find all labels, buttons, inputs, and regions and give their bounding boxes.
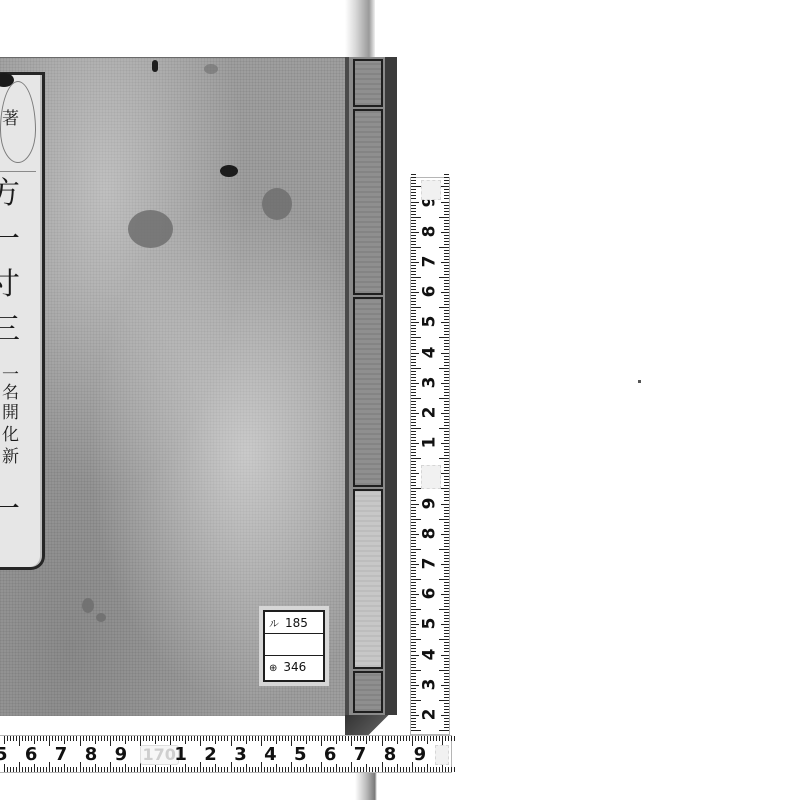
ruler-tick: [89, 767, 90, 772]
ruler-tick: [439, 398, 449, 399]
ruler-tick: [411, 205, 416, 206]
catalog-prefix: ル: [269, 619, 279, 630]
ruler-number: 8: [421, 527, 438, 539]
ruler-tick: [444, 229, 449, 230]
ruler-tick: [411, 573, 416, 574]
book-spine: [345, 57, 397, 715]
dust-speck: [638, 380, 641, 383]
ruler-number: 5: [421, 316, 438, 328]
ruler-tick: [273, 736, 274, 741]
ruler-tick: [430, 767, 431, 772]
ruler-tick: [324, 767, 325, 772]
ruler-tick: [101, 767, 102, 772]
ruler-tick: [430, 736, 431, 741]
ruler-tick: [411, 464, 416, 465]
ruler-tick: [409, 767, 410, 772]
ruler-tick: [444, 343, 449, 344]
ruler-tick: [444, 220, 449, 221]
ruler-tick: [444, 633, 449, 634]
paper-strip-top: [345, 0, 375, 62]
ruler-tick: [291, 762, 292, 772]
ruler-tick: [411, 691, 416, 692]
ruler-tick: [411, 522, 416, 523]
ruler-faint-label: 170: [140, 745, 179, 765]
ruler-tick: [444, 561, 449, 562]
ruler-tick: [131, 767, 132, 772]
ruler-number: 1: [421, 437, 438, 449]
ruler-tick: [411, 615, 416, 616]
ruler-tick: [444, 223, 449, 224]
ruler-tick: [411, 507, 416, 508]
ruler-tick: [61, 767, 62, 772]
ruler-tick: [411, 543, 416, 544]
ruler-tick: [203, 767, 204, 772]
ruler-tick: [342, 767, 343, 772]
ruler-tick: [411, 709, 416, 710]
ruler-tick: [185, 736, 186, 744]
ruler-tick: [411, 727, 416, 728]
ruler-tick: [444, 531, 449, 532]
ruler-tick: [95, 764, 96, 772]
ruler-tick: [441, 473, 449, 474]
ruler-tick: [411, 274, 416, 275]
ruler-tick: [58, 736, 59, 741]
ruler-tick: [40, 736, 41, 741]
ruler-tick: [411, 697, 416, 698]
ruler-tick: [297, 736, 298, 741]
ruler-tick: [234, 767, 235, 772]
ruler-tick: [107, 767, 108, 772]
ruler-tick: [231, 736, 232, 746]
ruler-tick: [444, 694, 449, 695]
ruler-number: 2: [204, 746, 217, 764]
ruler-tick: [444, 425, 449, 426]
ruler-tick: [411, 202, 419, 203]
ruler-tick: [411, 253, 416, 254]
ruler-tick: [411, 513, 416, 514]
ruler-tick: [411, 422, 416, 423]
ruler-tick: [444, 325, 449, 326]
ruler-tick: [444, 627, 449, 628]
ruler-tick: [444, 244, 449, 245]
ruler-tick: [441, 624, 449, 625]
ruler-tick: [411, 192, 416, 193]
ruler-tick: [444, 555, 449, 556]
ruler-tick: [411, 561, 416, 562]
ruler-tick: [444, 573, 449, 574]
ruler-tick: [411, 579, 421, 580]
ruler-tick: [411, 241, 416, 242]
ruler-tick: [155, 736, 156, 744]
title-slip: 著 方 一 寸 三 一 名 開 化 新 一: [0, 72, 45, 570]
ruler-tick: [164, 767, 165, 772]
ruler-tick: [451, 767, 452, 772]
ruler-tick: [285, 736, 286, 741]
ruler-tick: [34, 736, 35, 744]
ruler-tick: [173, 736, 174, 741]
ruler-tick: [444, 464, 449, 465]
ruler-tick: [444, 226, 449, 227]
ruler-tick: [445, 767, 446, 772]
ruler-tick: [441, 383, 449, 384]
ruler-tick: [411, 304, 416, 305]
ruler-tick: [372, 736, 373, 741]
ruler-tick: [411, 706, 416, 707]
ruler-number: 5: [421, 618, 438, 630]
ruler-tick: [441, 564, 449, 565]
ruler-tick: [67, 767, 68, 772]
ruler-tick: [444, 331, 449, 332]
ruler-tick: [206, 767, 207, 772]
ruler-tick: [444, 591, 449, 592]
ruler-tick: [444, 525, 449, 526]
ruler-tick: [411, 310, 416, 311]
title-char: 一: [0, 225, 20, 255]
ruler-tick: [185, 764, 186, 772]
ruler-tick: [441, 534, 449, 535]
ruler-tick: [411, 624, 419, 625]
ruler-tick: [411, 516, 416, 517]
ruler-tick: [188, 767, 189, 772]
ruler-tick: [444, 585, 449, 586]
ruler-tick: [83, 736, 84, 741]
ruler-tick: [297, 767, 298, 772]
ruler-tick: [454, 767, 455, 772]
ruler-tick: [444, 419, 449, 420]
ruler-tick: [294, 767, 295, 772]
ruler-tick: [46, 736, 47, 741]
ruler-tick: [372, 767, 373, 772]
ruler-tick: [411, 473, 419, 474]
ruler-tick: [411, 232, 419, 233]
ruler-tick: [444, 651, 449, 652]
ruler-tick: [411, 386, 416, 387]
ruler-tick: [411, 555, 416, 556]
ruler-tick: [158, 736, 159, 741]
ruler-tick: [92, 767, 93, 772]
ruler-tick: [439, 767, 440, 772]
ruler-tick: [110, 736, 111, 746]
binding-segment: [353, 59, 383, 107]
ruler-tick: [76, 767, 77, 772]
ruler-tick: [294, 736, 295, 741]
ruler-tick: [52, 736, 53, 741]
ruler-tick: [113, 736, 114, 741]
ruler-tick: [411, 673, 416, 674]
ruler-tick: [411, 603, 416, 604]
ruler-tick: [309, 767, 310, 772]
ruler-tick: [411, 268, 416, 269]
ruler-tick: [411, 250, 416, 251]
ruler-tick: [441, 262, 449, 263]
ruler-tick: [411, 244, 416, 245]
ruler-tick: [411, 340, 416, 341]
ruler-tick: [330, 767, 331, 772]
ruler-tick: [411, 525, 416, 526]
ruler-number: 3: [421, 376, 438, 388]
binding-segment: [353, 489, 383, 669]
ruler-tick: [155, 764, 156, 772]
ruler-number: 2: [421, 406, 438, 418]
ruler-tick: [249, 767, 250, 772]
ruler-tick: [411, 377, 416, 378]
title-char: 寸: [0, 270, 20, 300]
ruler-tick: [203, 736, 204, 741]
ruler-tick: [116, 736, 117, 741]
title-char: 三: [0, 315, 20, 345]
ruler-tick: [92, 736, 93, 741]
ruler-tick: [369, 736, 370, 741]
ruler-tick: [439, 277, 449, 278]
ruler-tick: [411, 238, 416, 239]
ruler-tick: [411, 226, 416, 227]
ruler-tick: [444, 543, 449, 544]
ruler-tick: [411, 443, 419, 444]
ruler-tick: [444, 615, 449, 616]
paper-strip-bottom: [355, 770, 377, 800]
ruler-tick: [327, 736, 328, 741]
ruler-tick: [348, 767, 349, 772]
ruler-tick: [444, 724, 449, 725]
ruler-tick: [444, 612, 449, 613]
ruler-tick: [104, 767, 105, 772]
ruler-tick: [444, 558, 449, 559]
ruler-tick: [411, 434, 416, 435]
ruler-tick: [252, 767, 253, 772]
ruler-tick: [98, 736, 99, 741]
ruler-tick: [22, 736, 23, 741]
ruler-tick: [411, 618, 416, 619]
ruler-tick: [354, 736, 355, 741]
ruler-tick: [7, 767, 8, 772]
ruler-number: 6: [324, 746, 337, 764]
ruler-number: 1: [174, 746, 187, 764]
ruler-tick: [194, 767, 195, 772]
ruler-tick: [444, 597, 449, 598]
ruler-tick: [411, 334, 416, 335]
ruler-tick: [55, 736, 56, 741]
ruler-tick: [282, 736, 283, 741]
ruler-tick: [237, 736, 238, 741]
ruler-tick: [411, 504, 419, 505]
ruler-tick: [411, 564, 419, 565]
ruler-tick: [411, 679, 416, 680]
ruler-tick: [444, 198, 449, 199]
ruler-tick: [411, 262, 419, 263]
ruler-tick: [411, 582, 416, 583]
ruler-tick: [191, 736, 192, 741]
ruler-tick: [388, 736, 389, 741]
ruler-tick: [224, 767, 225, 772]
ruler-tick: [303, 767, 304, 772]
ruler-tick: [363, 767, 364, 772]
ruler-tick: [224, 736, 225, 741]
ruler-number: 8: [85, 746, 98, 764]
ruler-tick: [411, 600, 416, 601]
ruler-tick: [454, 736, 455, 741]
ruler-tick: [110, 762, 111, 772]
ruler-tick: [436, 736, 437, 741]
ruler-tick: [411, 259, 416, 260]
ruler-tick: [444, 235, 449, 236]
ruler-tick: [13, 736, 14, 741]
ruler-tick: [439, 730, 449, 731]
ruler-tick: [167, 736, 168, 741]
ruler-tick: [258, 767, 259, 772]
ruler-tick: [411, 670, 421, 671]
ruler-tick: [366, 736, 367, 744]
ruler-tick: [411, 337, 421, 338]
ruler-tick: [444, 648, 449, 649]
ruler-tick: [415, 767, 416, 772]
ruler-tick: [444, 177, 449, 178]
ruler-tick: [306, 764, 307, 772]
title-char: 一: [0, 495, 20, 525]
ruler-tick: [411, 461, 416, 462]
ruler-tick: [137, 736, 138, 741]
ruler-number: 7: [55, 746, 68, 764]
ruler-tick: [411, 223, 416, 224]
ruler-tick: [411, 404, 416, 405]
ruler-tick: [40, 767, 41, 772]
ruler-tick: [444, 455, 449, 456]
ruler-tick: [411, 280, 416, 281]
ruler-tick: [215, 764, 216, 772]
ruler-tick: [411, 467, 416, 468]
ruler-tick: [73, 736, 74, 741]
ruler-tick: [411, 594, 419, 595]
binding-segment: [353, 297, 383, 487]
ruler-tick: [411, 476, 416, 477]
ruler-tick: [411, 712, 416, 713]
ruler-tick: [444, 395, 449, 396]
ruler-tick: [411, 359, 416, 360]
ruler-tick: [312, 767, 313, 772]
ruler-tick: [411, 398, 421, 399]
ruler-tick: [339, 736, 340, 741]
ruler-tick: [444, 621, 449, 622]
ruler-tick: [444, 334, 449, 335]
ruler-tick: [444, 241, 449, 242]
ruler-tick: [444, 389, 449, 390]
ruler-tick: [444, 682, 449, 683]
ruler-tick: [240, 767, 241, 772]
ruler-tick: [444, 259, 449, 260]
ruler-tick: [191, 767, 192, 772]
ruler-tick: [411, 331, 416, 332]
ruler-tick: [411, 452, 416, 453]
ruler-tick: [385, 767, 386, 772]
ruler-tick: [279, 736, 280, 741]
ruler-tick: [146, 736, 147, 741]
ruler-tick: [444, 274, 449, 275]
ruler-faint-label: [421, 180, 441, 200]
ruler-tick: [411, 537, 416, 538]
ruler-tick: [444, 606, 449, 607]
ruler-tick: [444, 362, 449, 363]
ruler-tick: [411, 416, 416, 417]
ruler-tick: [330, 736, 331, 741]
ruler-tick: [288, 767, 289, 772]
ruler-tick: [128, 736, 129, 741]
ruler-tick: [444, 642, 449, 643]
ruler-tick: [411, 658, 416, 659]
ruler-tick: [10, 767, 11, 772]
ruler-tick: [444, 691, 449, 692]
ruler-tick: [194, 736, 195, 741]
ruler-tick: [411, 540, 416, 541]
ruler-tick: [25, 767, 26, 772]
ruler-tick: [134, 767, 135, 772]
ruler-tick: [444, 688, 449, 689]
ruler-tick: [261, 736, 262, 746]
ruler-tick: [439, 700, 449, 701]
ruler-tick: [176, 767, 177, 772]
ruler-tick: [315, 736, 316, 741]
ruler-tick: [411, 546, 416, 547]
ruler-tick: [300, 736, 301, 741]
ruler-tick: [444, 516, 449, 517]
ruler-tick: [441, 322, 449, 323]
ruler-tick: [270, 736, 271, 741]
ruler-tick: [49, 736, 50, 746]
ruler-tick: [237, 767, 238, 772]
author-mark: 著: [2, 111, 19, 128]
ruler-tick: [411, 325, 416, 326]
ruler-tick: [411, 383, 419, 384]
ruler-tick: [418, 736, 419, 741]
ruler-tick: [441, 504, 449, 505]
ruler-tick: [411, 235, 416, 236]
ruler-tick: [19, 736, 20, 746]
ruler-tick: [436, 767, 437, 772]
ruler-tick: [444, 401, 449, 402]
ruler-tick: [411, 645, 416, 646]
ruler-tick: [378, 767, 379, 772]
ruler-tick: [444, 298, 449, 299]
ruler-tick: [411, 446, 416, 447]
ruler-tick: [411, 552, 416, 553]
ruler-tick: [98, 767, 99, 772]
ruler-tick: [448, 736, 449, 741]
ruler-tick: [411, 292, 419, 293]
ruler-tick: [200, 736, 201, 746]
ruler-tick: [411, 685, 419, 686]
ruler-tick: [134, 736, 135, 741]
ruler-tick: [309, 736, 310, 741]
ruler-tick: [411, 491, 416, 492]
ruler-tick: [411, 186, 421, 187]
ruler-tick: [212, 736, 213, 741]
ruler-tick: [411, 437, 416, 438]
ruler-tick: [444, 407, 449, 408]
ruler-tick: [411, 407, 416, 408]
ruler-tick: [444, 567, 449, 568]
ruler-tick: [161, 736, 162, 741]
ruler-tick: [444, 192, 449, 193]
ruler-tick: [411, 606, 416, 607]
ruler-tick: [411, 494, 416, 495]
ruler-tick: [444, 603, 449, 604]
ruler-tick: [104, 736, 105, 741]
ruler-tick: [161, 767, 162, 772]
ruler-tick: [246, 736, 247, 744]
ruler-tick: [357, 767, 358, 772]
ruler-tick: [444, 576, 449, 577]
ruler-tick: [411, 265, 416, 266]
ruler-tick: [300, 767, 301, 772]
ruler-tick: [444, 667, 449, 668]
